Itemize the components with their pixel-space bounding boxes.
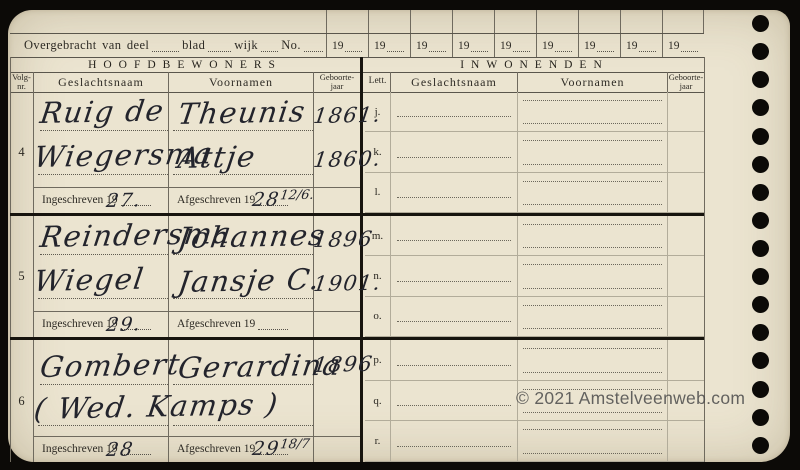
year-cell: 19 <box>536 34 578 57</box>
inwonenden-title: INWONENDEN <box>365 57 704 72</box>
punch-hole <box>752 240 769 257</box>
year-prefix: 19 <box>332 40 344 52</box>
voornamen-cell <box>517 256 667 295</box>
voornamen-cell <box>517 421 667 461</box>
geboortejaar-cell <box>667 256 704 295</box>
punch-hole <box>752 437 769 454</box>
inwonenden-block: j. k. l. <box>365 92 704 213</box>
afgeschreven-year-value: 29 <box>251 437 281 460</box>
punch-hole <box>752 296 769 313</box>
top-year-cell <box>452 10 494 33</box>
letter-label: o. <box>365 297 390 336</box>
inwonenden-row: j. <box>365 92 704 132</box>
top-year-cell <box>410 10 452 33</box>
inwonenden-row: o. <box>365 297 704 337</box>
top-year-cell <box>536 10 578 33</box>
volgnr: 6 <box>10 340 33 462</box>
geboortejaar-cell <box>667 216 704 255</box>
transfer-blad-label: blad <box>182 38 205 53</box>
inwonenden-row: p. <box>365 340 704 381</box>
header-volgnr: Volg- nr. <box>10 72 33 92</box>
punch-hole <box>752 71 769 88</box>
year-cell: 19 <box>410 34 452 57</box>
afgeschreven-text: Afgeschreven 19 <box>177 194 255 206</box>
geslachtsnaam-cell <box>390 216 517 255</box>
afgeschreven-year-value: 28 <box>251 188 281 211</box>
year-cell: 19 <box>662 34 704 57</box>
fill-in-line <box>681 40 698 52</box>
geslachtsnaam-cell <box>390 132 517 171</box>
header-voornamen: Voornamen <box>168 72 313 92</box>
year-cell: 19 <box>620 34 662 57</box>
geslachtsnaam-cell <box>390 297 517 336</box>
afgeschreven-date-fraction: 12/6. <box>279 188 314 204</box>
year-cell: 19 <box>578 34 620 57</box>
handwritten-firstname: Johannes <box>176 218 328 255</box>
inwonenden-row: m. <box>365 216 704 256</box>
handwritten-afgeschreven-year: 2918/7 <box>251 437 311 460</box>
year-prefix: 19 <box>500 40 512 52</box>
handwritten-surname: ( Wed. Kamps ) <box>32 387 281 426</box>
punch-hole <box>752 184 769 201</box>
geboortejaar-cell <box>667 340 704 380</box>
registration-strip: Ingeschreven 19 Afgeschreven 19 28 2918/… <box>33 436 360 462</box>
fill-in-line <box>429 40 446 52</box>
punch-hole <box>752 212 769 229</box>
transfer-wijk-label: wijk <box>234 38 258 53</box>
voornamen-cell <box>517 132 667 171</box>
voornamen-cell <box>517 297 667 336</box>
year-prefix: 19 <box>542 40 554 52</box>
fill-in-line <box>152 40 179 52</box>
fill-in-line <box>387 40 404 52</box>
top-year-cell <box>662 10 704 33</box>
header-lett: Lett. <box>365 72 390 92</box>
year-prefix: 19 <box>374 40 386 52</box>
fill-in-line <box>597 40 614 52</box>
inwonenden-column-headers: Lett. Geslachtsnaam Voornamen Geboorte- … <box>365 72 704 92</box>
letter-label: n. <box>365 256 390 295</box>
geslachtsnaam-cell <box>390 340 517 380</box>
afgeschreven-date-fraction: 18/7 <box>279 437 310 453</box>
voornamen-cell <box>517 340 667 380</box>
punch-hole <box>752 324 769 341</box>
punch-hole <box>752 409 769 426</box>
registration-strip: Ingeschreven 19 Afgeschreven 19 29. <box>33 311 360 337</box>
voornamen-cell <box>517 92 667 131</box>
volgnr: 5 <box>10 216 33 337</box>
handwritten-afgeschreven-year: 2812/6. <box>251 188 315 211</box>
writing-line <box>173 424 313 426</box>
resident-block: 5 Reindersma Johannes 1896 Wiegel Jansje… <box>10 216 360 337</box>
inwonenden-row: n. <box>365 256 704 296</box>
handwritten-ingeschreven-year: 28 <box>105 438 135 461</box>
afgeschreven-label: Afgeschreven 19 <box>177 318 291 330</box>
top-year-cell <box>326 10 368 33</box>
transfer-no-label: No. <box>281 38 301 53</box>
top-year-cell <box>494 10 536 33</box>
geboortejaar-cell <box>667 421 704 461</box>
resident-block: 6 Gombert Gerardina 1896 ( Wed. Kamps ) … <box>10 340 360 462</box>
fill-in-line <box>555 40 572 52</box>
year-prefix: 19 <box>458 40 470 52</box>
geslachtsnaam-cell <box>390 256 517 295</box>
letter-label: l. <box>365 173 390 212</box>
header-geboortejaar: Geboorte- jaar <box>667 72 704 92</box>
inwonenden-row: k. <box>365 132 704 172</box>
year-cell: 19 <box>326 34 368 57</box>
watermark: © 2021 Amstelveenweb.com <box>516 388 745 409</box>
handwritten-ingeschreven-year: 29. <box>105 313 143 336</box>
fill-in-line <box>208 40 231 52</box>
letter-label: p. <box>365 340 390 380</box>
year-cell: 19 <box>368 34 410 57</box>
letter-label: m. <box>365 216 390 255</box>
transfer-labels: Overgebracht van deelbladwijkNo. <box>10 34 326 57</box>
letter-label: k. <box>365 132 390 171</box>
top-year-row <box>326 10 704 33</box>
year-prefix: 19 <box>584 40 596 52</box>
top-year-cell <box>620 10 662 33</box>
header-geslachtsnaam: Geslachtsnaam <box>390 72 517 92</box>
fill-in-line <box>304 40 323 52</box>
geboortejaar-cell <box>667 297 704 336</box>
punch-hole <box>752 381 769 398</box>
inwonenden-block: m. n. o. <box>365 216 704 337</box>
ingeschreven-label: Ingeschreven 19 <box>42 443 154 455</box>
year-cells: 19 19 19 19 19 19 19 19 19 <box>326 34 704 57</box>
resident-block: 4 Ruig de Theunis 1861. Wiegersma Attje … <box>10 92 360 213</box>
transfer-row: Overgebracht van deelbladwijkNo. 19 19 1… <box>10 34 704 57</box>
volgnr: 4 <box>10 92 33 213</box>
geslachtsnaam-cell <box>390 381 517 421</box>
handwritten-firstname: Theunis <box>176 94 308 131</box>
handwritten-surname: Wiegel <box>32 262 147 298</box>
handwritten-firstname: Attje <box>176 139 258 175</box>
voornamen-cell <box>517 216 667 255</box>
registration-strip: Ingeschreven 19 Afgeschreven 19 27. 2812… <box>33 187 360 213</box>
afgeschreven-text: Afgeschreven 19 <box>177 318 255 330</box>
punch-hole <box>752 128 769 145</box>
header-geboortejaar-line2: jaar <box>680 82 693 91</box>
punch-hole <box>752 99 769 116</box>
handwritten-surname: Gombert <box>38 347 183 384</box>
punch-hole <box>752 43 769 60</box>
fill-in-line <box>258 320 288 330</box>
geslachtsnaam-cell <box>390 173 517 212</box>
header-geslachtsnaam: Geslachtsnaam <box>33 72 168 92</box>
top-year-cell <box>578 10 620 33</box>
geboortejaar-cell <box>667 132 704 171</box>
handwritten-ingeschreven-year: 27. <box>105 189 143 212</box>
letter-label: r. <box>365 421 390 461</box>
header-volgnr-line2: nr. <box>17 82 26 91</box>
register-card: Overgebracht van deelbladwijkNo. 19 19 1… <box>8 10 790 462</box>
fill-in-line <box>471 40 488 52</box>
inwonenden-row: r. <box>365 421 704 462</box>
geboortejaar-cell <box>667 173 704 212</box>
year-cell: 19 <box>452 34 494 57</box>
year-prefix: 19 <box>626 40 638 52</box>
header-geboortejaar-line2: jaar <box>331 82 344 91</box>
top-year-cell <box>368 10 410 33</box>
afgeschreven-text: Afgeschreven 19 <box>177 443 255 455</box>
voornamen-cell <box>517 173 667 212</box>
fill-in-line <box>513 40 530 52</box>
punch-hole <box>752 15 769 32</box>
header-geboortejaar: Geboorte- jaar <box>313 72 360 92</box>
hoofdbewoners-title: HOOFDBEWONERS <box>10 57 360 72</box>
fill-in-line <box>345 40 362 52</box>
handwritten-surname: Ruig de <box>38 93 167 130</box>
year-prefix: 19 <box>416 40 428 52</box>
geboortejaar-cell <box>667 92 704 131</box>
punch-hole <box>752 268 769 285</box>
punch-hole <box>752 352 769 369</box>
geslachtsnaam-cell <box>390 421 517 461</box>
header-voornamen: Voornamen <box>517 72 667 92</box>
geslachtsnaam-cell <box>390 92 517 131</box>
transfer-deel-label: Overgebracht van deel <box>24 38 149 53</box>
punch-hole <box>752 156 769 173</box>
letter-label: q. <box>365 381 390 421</box>
fill-in-line <box>639 40 656 52</box>
inwonenden-row: l. <box>365 173 704 213</box>
year-prefix: 19 <box>668 40 680 52</box>
year-cell: 19 <box>494 34 536 57</box>
hoofdbewoners-column-headers: Volg- nr. Geslachtsnaam Voornamen Geboor… <box>10 72 360 92</box>
letter-label: j. <box>365 92 390 131</box>
fill-in-line <box>261 40 278 52</box>
handwritten-firstname: Jansje C. <box>176 262 323 299</box>
